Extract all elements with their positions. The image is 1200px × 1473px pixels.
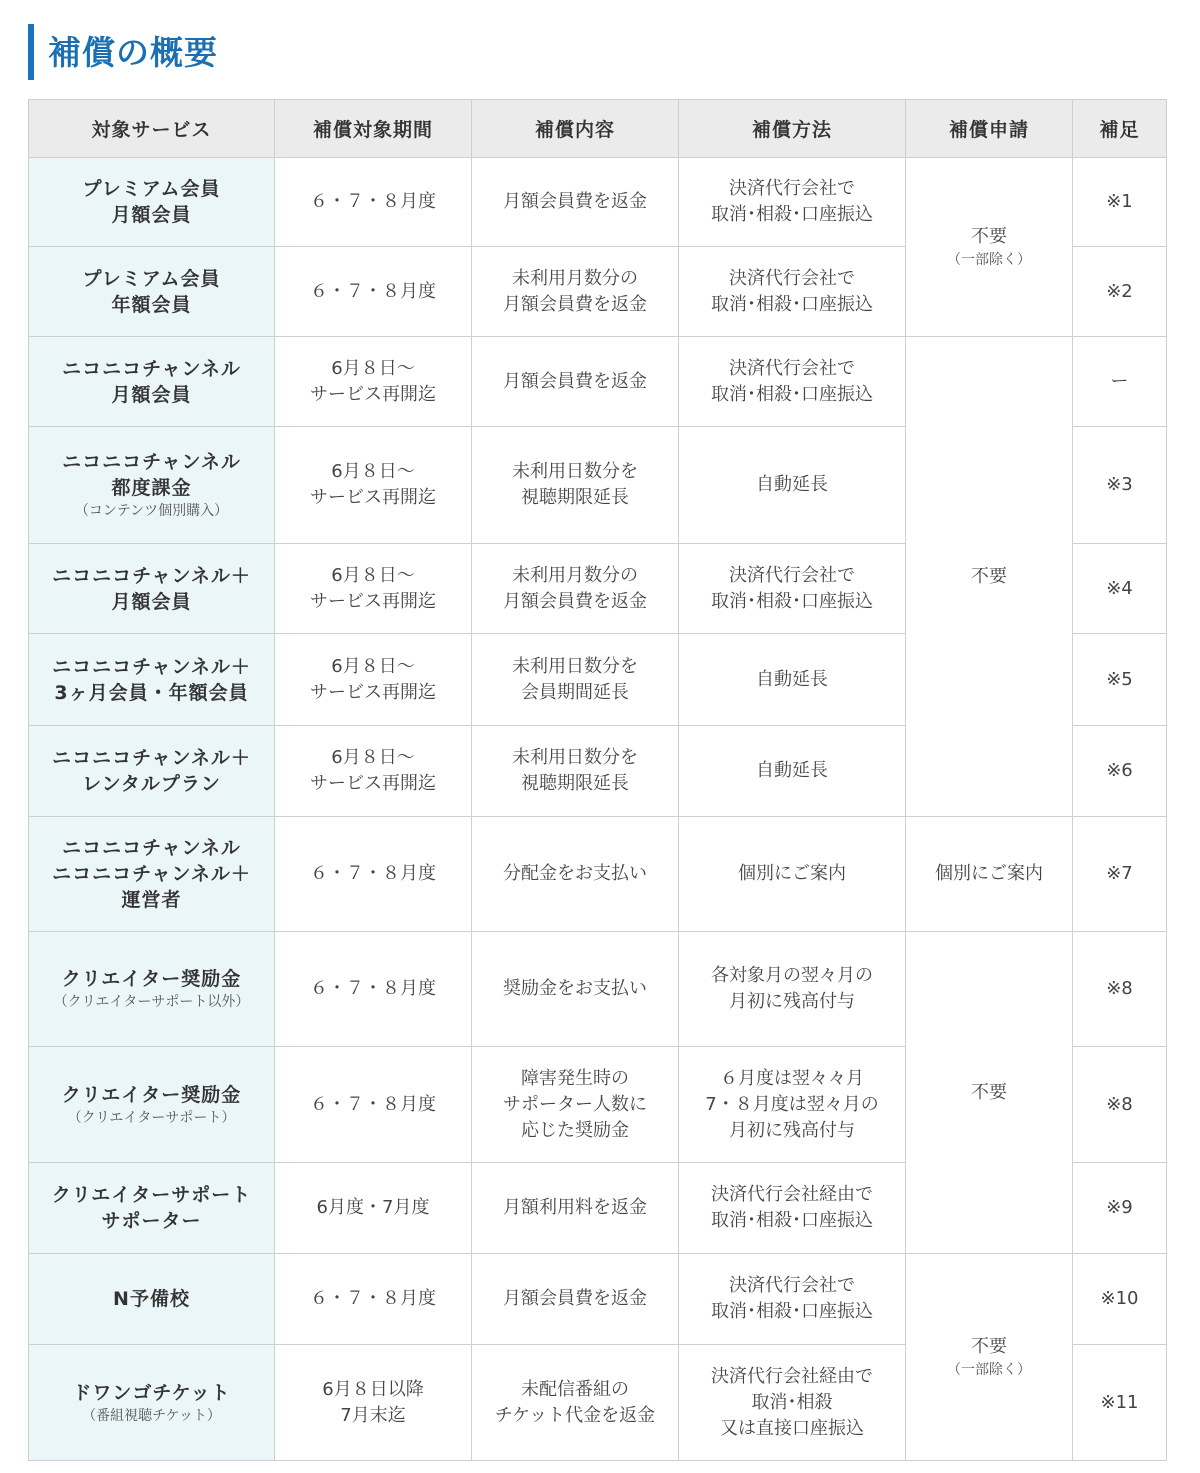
content-cell: 未利用月数分の 月額会員費を返金: [472, 247, 679, 337]
period-cell: ６・７・８月度: [275, 1047, 472, 1163]
method-cell: 決済代行会社経由で 取消･相殺･口座振込: [679, 1163, 906, 1254]
period-cell: ６・７・８月度: [275, 158, 472, 247]
method-text: 自動延長: [685, 758, 899, 784]
service-name: クリエイターサポート: [35, 1182, 268, 1208]
service-name: 年額会員: [35, 292, 268, 318]
service-name: クリエイター奨励金: [35, 1082, 268, 1108]
method-text: 決済代行会社で: [685, 1273, 899, 1299]
period-text: ６・７・８月度: [281, 1092, 465, 1118]
service-name: ニコニコチャンネル: [35, 356, 268, 382]
content-text: 月額利用料を返金: [478, 1195, 672, 1221]
period-text: 6月８日～: [281, 356, 465, 382]
method-cell: 自動延長: [679, 726, 906, 817]
period-text: 6月８日以降: [281, 1377, 465, 1403]
method-text: 個別にご案内: [685, 861, 899, 887]
service-cell: クリエイター奨励金 （クリエイターサポート以外）: [29, 932, 275, 1047]
service-cell: クリエイターサポート サポーター: [29, 1163, 275, 1254]
method-text: 取消･相殺･口座振込: [685, 292, 899, 318]
service-name: レンタルプラン: [35, 771, 268, 797]
service-name: ニコニコチャンネル: [35, 449, 268, 475]
service-cell: プレミアム会員 月額会員: [29, 158, 275, 247]
content-cell: 月額会員費を返金: [472, 337, 679, 427]
method-cell: 決済代行会社で 取消･相殺･口座振込: [679, 158, 906, 247]
method-text: 決済代行会社で: [685, 176, 899, 202]
period-cell: 6月８日～ サービス再開迄: [275, 544, 472, 634]
method-cell: 自動延長: [679, 634, 906, 726]
method-text: 取消･相殺･口座振込: [685, 1208, 899, 1234]
service-name: ニコニコチャンネル＋: [35, 745, 268, 771]
method-text: 取消･相殺･口座振込: [685, 382, 899, 408]
method-text: 月初に残高付与: [685, 1118, 899, 1144]
service-name: 都度課金: [35, 475, 268, 501]
content-cell: 月額会員費を返金: [472, 1254, 679, 1345]
period-text: ６・７・８月度: [281, 1286, 465, 1312]
content-text: 未利用月数分の: [478, 563, 672, 589]
service-cell: ニコニコチャンネル＋ 月額会員: [29, 544, 275, 634]
header-service: 対象サービス: [29, 100, 275, 158]
period-text: ６・７・８月度: [281, 189, 465, 215]
service-name: 月額会員: [35, 202, 268, 228]
content-text: 奨励金をお支払い: [478, 976, 672, 1002]
method-cell: 各対象月の翌々月の 月初に残高付与: [679, 932, 906, 1047]
content-text: 視聴期限延長: [478, 771, 672, 797]
period-text: 7月末迄: [281, 1403, 465, 1429]
note-cell: ー: [1073, 337, 1167, 427]
content-text: 会員期間延長: [478, 680, 672, 706]
period-text: 6月８日～: [281, 654, 465, 680]
content-cell: 分配金をお支払い: [472, 817, 679, 932]
header-application: 補償申請: [906, 100, 1073, 158]
service-name: ニコニコチャンネル: [35, 835, 268, 861]
period-text: サービス再開迄: [281, 382, 465, 408]
period-text: ６・７・８月度: [281, 976, 465, 1002]
service-cell: ニコニコチャンネル ニコニコチャンネル＋ 運営者: [29, 817, 275, 932]
table-row: プレミアム会員 月額会員 ６・７・８月度 月額会員費を返金 決済代行会社で 取消…: [29, 158, 1167, 247]
application-text: 不要: [912, 1080, 1066, 1106]
application-cell: 不要: [906, 337, 1073, 817]
period-text: 6月８日～: [281, 745, 465, 771]
content-cell: 未利用日数分を 会員期間延長: [472, 634, 679, 726]
method-text: 取消･相殺: [685, 1390, 899, 1416]
service-subtext: （クリエイターサポート）: [35, 1108, 268, 1128]
note-cell: ※10: [1073, 1254, 1167, 1345]
period-text: 6月度・7月度: [281, 1195, 465, 1221]
note-cell: ※2: [1073, 247, 1167, 337]
method-cell: ６月度は翌々々月 7・８月度は翌々月の 月初に残高付与: [679, 1047, 906, 1163]
period-cell: 6月８日～ サービス再開迄: [275, 726, 472, 817]
header-method: 補償方法: [679, 100, 906, 158]
method-text: 取消･相殺･口座振込: [685, 589, 899, 615]
content-cell: 未利用日数分を 視聴期限延長: [472, 726, 679, 817]
content-text: 未利用日数分を: [478, 459, 672, 485]
period-cell: ６・７・８月度: [275, 817, 472, 932]
content-text: 視聴期限延長: [478, 485, 672, 511]
application-cell: 不要: [906, 932, 1073, 1254]
table-row: ニコニコチャンネル ニコニコチャンネル＋ 運営者 ６・７・８月度 分配金をお支払…: [29, 817, 1167, 932]
note-cell: ※6: [1073, 726, 1167, 817]
note-cell: ※8: [1073, 1047, 1167, 1163]
content-text: チケット代金を返金: [478, 1403, 672, 1429]
heading-accent-bar: [28, 24, 34, 80]
service-name: ニコニコチャンネル＋: [35, 861, 268, 887]
method-text: 取消･相殺･口座振込: [685, 202, 899, 228]
service-cell: プレミアム会員 年額会員: [29, 247, 275, 337]
method-text: 決済代行会社経由で: [685, 1182, 899, 1208]
content-cell: 障害発生時の サポーター人数に 応じた奨励金: [472, 1047, 679, 1163]
content-cell: 未配信番組の チケット代金を返金: [472, 1345, 679, 1461]
note-cell: ※9: [1073, 1163, 1167, 1254]
service-name: クリエイター奨励金: [35, 966, 268, 992]
content-text: 月額会員費を返金: [478, 189, 672, 215]
application-subtext: （一部除く）: [912, 250, 1066, 270]
method-text: 自動延長: [685, 472, 899, 498]
service-name: 月額会員: [35, 589, 268, 615]
service-cell: クリエイター奨励金 （クリエイターサポート）: [29, 1047, 275, 1163]
method-text: 又は直接口座振込: [685, 1416, 899, 1442]
method-cell: 決済代行会社経由で 取消･相殺 又は直接口座振込: [679, 1345, 906, 1461]
service-cell: ドワンゴチケット （番組視聴チケット）: [29, 1345, 275, 1461]
note-cell: ※5: [1073, 634, 1167, 726]
table-row: N予備校 ６・７・８月度 月額会員費を返金 決済代行会社で 取消･相殺･口座振込…: [29, 1254, 1167, 1345]
method-text: 決済代行会社で: [685, 266, 899, 292]
service-cell: ニコニコチャンネル 月額会員: [29, 337, 275, 427]
section-heading: 補償の概要: [28, 24, 218, 80]
period-cell: 6月８日～ サービス再開迄: [275, 634, 472, 726]
content-text: 未配信番組の: [478, 1377, 672, 1403]
service-cell: ニコニコチャンネル＋ レンタルプラン: [29, 726, 275, 817]
application-subtext: （一部除く）: [912, 1360, 1066, 1380]
content-text: 月額会員費を返金: [478, 1286, 672, 1312]
content-cell: 月額会員費を返金: [472, 158, 679, 247]
method-cell: 決済代行会社で 取消･相殺･口座振込: [679, 1254, 906, 1345]
method-text: 決済代行会社で: [685, 356, 899, 382]
content-text: 応じた奨励金: [478, 1118, 672, 1144]
page-title: 補償の概要: [48, 36, 218, 69]
method-text: ６月度は翌々々月: [685, 1066, 899, 1092]
method-text: 決済代行会社経由で: [685, 1364, 899, 1390]
method-text: 自動延長: [685, 667, 899, 693]
content-cell: 月額利用料を返金: [472, 1163, 679, 1254]
period-cell: 6月８日以降 7月末迄: [275, 1345, 472, 1461]
method-text: 各対象月の翌々月の: [685, 963, 899, 989]
application-text: 不要: [912, 1334, 1066, 1360]
period-text: サービス再開迄: [281, 680, 465, 706]
note-cell: ※11: [1073, 1345, 1167, 1461]
service-name: ニコニコチャンネル＋: [35, 563, 268, 589]
period-cell: ６・７・８月度: [275, 1254, 472, 1345]
content-text: 未利用月数分の: [478, 266, 672, 292]
note-cell: ※7: [1073, 817, 1167, 932]
method-text: 7・８月度は翌々月の: [685, 1092, 899, 1118]
content-text: 未利用日数分を: [478, 654, 672, 680]
period-cell: ６・７・８月度: [275, 247, 472, 337]
method-cell: 自動延長: [679, 427, 906, 544]
table-row: ニコニコチャンネル 月額会員 6月８日～ サービス再開迄 月額会員費を返金 決済…: [29, 337, 1167, 427]
application-text: 個別にご案内: [912, 861, 1066, 887]
service-name: 月額会員: [35, 382, 268, 408]
period-cell: 6月８日～ サービス再開迄: [275, 337, 472, 427]
service-name: ニコニコチャンネル＋: [35, 654, 268, 680]
note-cell: ※4: [1073, 544, 1167, 634]
service-subtext: （クリエイターサポート以外）: [35, 992, 268, 1012]
note-cell: ※3: [1073, 427, 1167, 544]
application-cell: 個別にご案内: [906, 817, 1073, 932]
application-text: 不要: [912, 564, 1066, 590]
content-text: サポーター人数に: [478, 1092, 672, 1118]
service-name: N予備校: [35, 1286, 268, 1312]
content-cell: 奨励金をお支払い: [472, 932, 679, 1047]
service-cell: ニコニコチャンネル＋ 3ヶ月会員・年額会員: [29, 634, 275, 726]
method-text: 決済代行会社で: [685, 563, 899, 589]
method-cell: 決済代行会社で 取消･相殺･口座振込: [679, 544, 906, 634]
header-period: 補償対象期間: [275, 100, 472, 158]
period-text: 6月８日～: [281, 459, 465, 485]
content-cell: 未利用日数分を 視聴期限延長: [472, 427, 679, 544]
service-subtext: （番組視聴チケット）: [35, 1406, 268, 1426]
service-subtext: （コンテンツ個別購入）: [35, 501, 268, 521]
table-header-row: 対象サービス 補償対象期間 補償内容 補償方法 補償申請 補足: [29, 100, 1167, 158]
service-cell: ニコニコチャンネル 都度課金 （コンテンツ個別購入）: [29, 427, 275, 544]
content-text: 月額会員費を返金: [478, 369, 672, 395]
method-cell: 決済代行会社で 取消･相殺･口座振込: [679, 247, 906, 337]
period-cell: 6月度・7月度: [275, 1163, 472, 1254]
period-text: サービス再開迄: [281, 485, 465, 511]
service-name: 3ヶ月会員・年額会員: [35, 680, 268, 706]
header-content: 補償内容: [472, 100, 679, 158]
period-cell: 6月８日～ サービス再開迄: [275, 427, 472, 544]
service-name: ドワンゴチケット: [35, 1380, 268, 1406]
method-cell: 個別にご案内: [679, 817, 906, 932]
note-cell: ※8: [1073, 932, 1167, 1047]
content-text: 未利用日数分を: [478, 745, 672, 771]
service-name: 運営者: [35, 887, 268, 913]
application-cell: 不要 （一部除く）: [906, 1254, 1073, 1461]
service-cell: N予備校: [29, 1254, 275, 1345]
service-name: プレミアム会員: [35, 266, 268, 292]
application-text: 不要: [912, 224, 1066, 250]
period-text: サービス再開迄: [281, 771, 465, 797]
content-text: 障害発生時の: [478, 1066, 672, 1092]
content-cell: 未利用月数分の 月額会員費を返金: [472, 544, 679, 634]
method-text: 月初に残高付与: [685, 989, 899, 1015]
period-text: ６・７・８月度: [281, 279, 465, 305]
service-name: プレミアム会員: [35, 176, 268, 202]
header-note: 補足: [1073, 100, 1167, 158]
content-text: 月額会員費を返金: [478, 292, 672, 318]
period-cell: ６・７・８月度: [275, 932, 472, 1047]
period-text: 6月８日～: [281, 563, 465, 589]
service-name: サポーター: [35, 1208, 268, 1234]
method-text: 取消･相殺･口座振込: [685, 1299, 899, 1325]
period-text: ６・７・８月度: [281, 861, 465, 887]
method-cell: 決済代行会社で 取消･相殺･口座振込: [679, 337, 906, 427]
application-cell: 不要 （一部除く）: [906, 158, 1073, 337]
content-text: 月額会員費を返金: [478, 589, 672, 615]
compensation-table: 対象サービス 補償対象期間 補償内容 補償方法 補償申請 補足 プレミアム会員 …: [28, 99, 1167, 1461]
table-row: クリエイター奨励金 （クリエイターサポート以外） ６・７・８月度 奨励金をお支払…: [29, 932, 1167, 1047]
content-text: 分配金をお支払い: [478, 861, 672, 887]
note-cell: ※1: [1073, 158, 1167, 247]
period-text: サービス再開迄: [281, 589, 465, 615]
